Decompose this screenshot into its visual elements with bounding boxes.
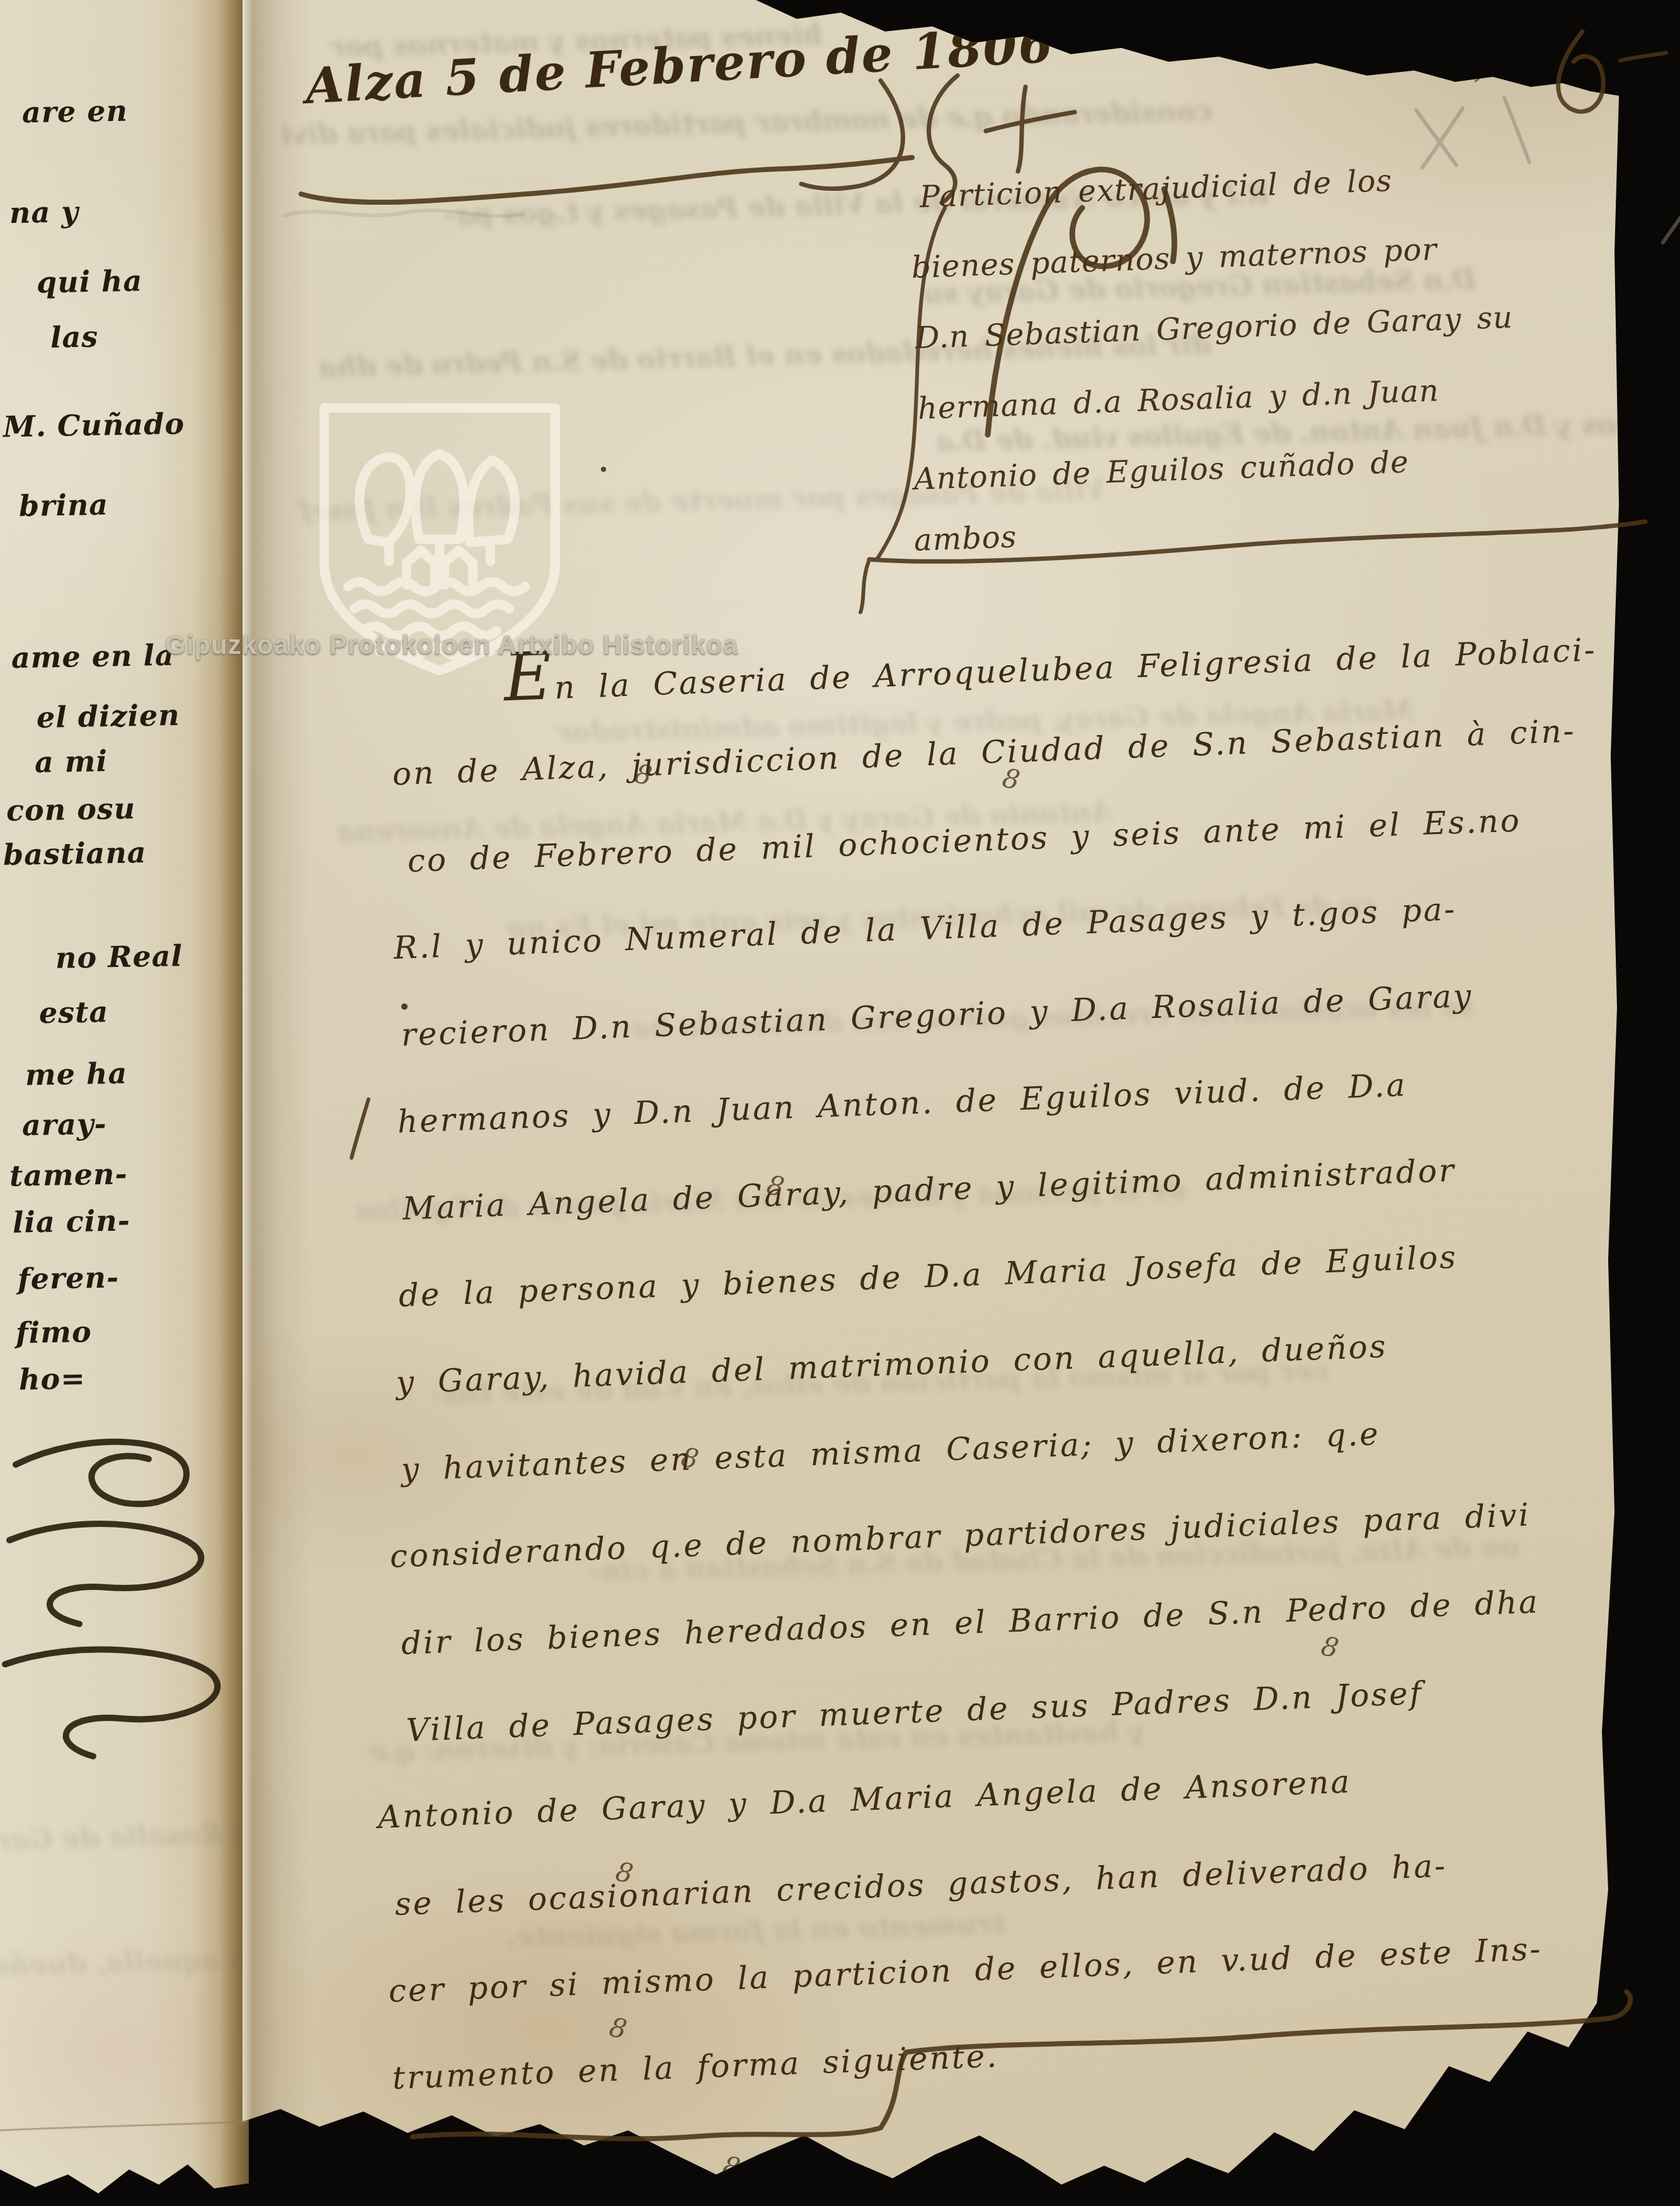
body-line: Maria Angela de Garay, padre y legitimo … — [402, 1152, 1456, 1227]
call-mark: 8 — [607, 2011, 629, 2045]
call-mark: 8 — [720, 2150, 743, 2183]
left-page-fragment: qui ha — [37, 264, 143, 300]
margin-note-line: Antonio de Eguilos cuñado de — [913, 445, 1410, 497]
body-line: y havitantes en esta misma Caseria; y di… — [401, 1415, 1381, 1488]
body-line: hermanos y D.n Juan Anton. de Eguilos vi… — [397, 1066, 1407, 1140]
left-page-fragment: fimo — [16, 1315, 93, 1350]
margin-note-line: bienes paternos y maternos por — [911, 232, 1437, 285]
body-line: R.l y unico Numeral de la Villa de Pasag… — [393, 891, 1457, 966]
left-page-fragment: tamen- — [9, 1157, 128, 1192]
left-page-fragment: ame en la — [11, 638, 175, 675]
left-page-fragment: las — [50, 319, 99, 354]
left-page-fragment: esta — [39, 995, 109, 1030]
margin-note-line: D.n Sebastian Gregorio de Garay su — [915, 300, 1514, 356]
margin-note-line: hermana d.a Rosalia y d.n Juan — [917, 373, 1440, 426]
body-line: y Garay, havida del matrimonio con aquel… — [396, 1328, 1388, 1401]
body-line: on de Alza, jurisdiccion de la Ciudad de… — [392, 712, 1576, 792]
body-line: co de Febrero de mil ochocientos y seis … — [407, 802, 1522, 879]
body-line: considerando q.e de nombrar partidores j… — [389, 1497, 1531, 1575]
body-line: Antonio de Garay y D.a Maria Angela de A… — [377, 1763, 1352, 1836]
left-page-fragment: no Real — [55, 939, 183, 975]
left-page-fragment: me ha — [25, 1056, 128, 1092]
left-page-fragment: el dizien — [37, 698, 181, 734]
left-page-fragment: feren- — [18, 1260, 120, 1296]
body-line: cer por si mismo la particion de ellos, … — [388, 1931, 1543, 2009]
call-mark: 8 — [1318, 1630, 1341, 1664]
body-line: trumento en la forma siguiente. — [392, 2038, 999, 2096]
body-line: dir los bienes heredados en el Barrio de… — [401, 1584, 1540, 1662]
body-line: En la Caseria de Arroquelubea Feligresia… — [503, 615, 1597, 708]
left-page-fragment: lia cin- — [13, 1203, 131, 1239]
left-page-fragment: aray- — [22, 1107, 108, 1142]
left-page-fragment: are en — [22, 94, 129, 130]
margin-note-line: ambos — [913, 519, 1017, 558]
left-page-fragment: na y — [9, 195, 79, 230]
left-page-fragment: bastiana — [3, 835, 147, 872]
margin-note-line: Particion extrajudicial de los — [919, 163, 1393, 215]
page-heading-dateline: Alza 5 de Febrero de 1806 — [304, 16, 1055, 115]
body-line: recieron D.n Sebastian Gregorio y D.a Ro… — [401, 978, 1473, 1053]
body-line: Villa de Pasages por muerte de sus Padre… — [406, 1675, 1424, 1749]
body-line: se les ocasionarian crecidos gastos, han… — [394, 1848, 1448, 1923]
left-page-fragment: brina — [19, 488, 109, 523]
left-page-fragment: ho= — [19, 1361, 86, 1397]
left-page-fragment: M. Cuñado — [3, 406, 185, 443]
left-page-fragment: a mi — [35, 744, 108, 779]
left-page-fragment: con osu — [6, 791, 136, 828]
folio-number: 21, — [1434, 46, 1489, 86]
scanned-manuscript-page: { "archive": { "watermark_caption": "Gip… — [0, 0, 1680, 2206]
body-line: de la persona y bienes de D.a Maria Jose… — [398, 1238, 1458, 1314]
previous-page-edge: recieron D.n Sebastian Gregorio y D.a Ro… — [0, 0, 249, 2206]
manuscript-page: bienes paternos y maternos por considera… — [243, 0, 1619, 2206]
